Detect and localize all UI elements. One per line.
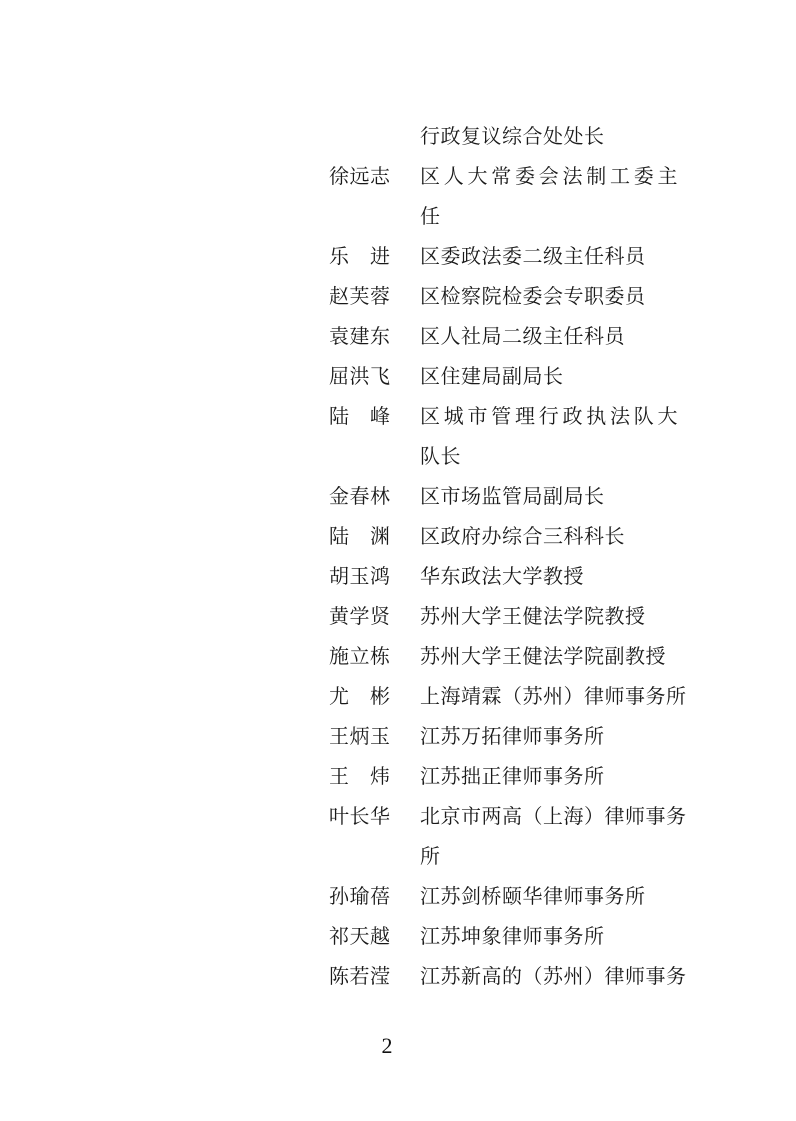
entry-title-line: 江苏万拓律师事务所 xyxy=(420,717,678,757)
page-number: 2 xyxy=(0,1033,774,1059)
entry-name: 屈洪飞 xyxy=(329,357,420,397)
list-entry: 施立栋苏州大学王健法学院副教授 xyxy=(329,637,689,677)
entry-title: 苏州大学王健法学院教授 xyxy=(420,597,678,637)
entry-title: 江苏坤象律师事务所 xyxy=(420,917,678,957)
entry-title-line: 江苏坤象律师事务所 xyxy=(420,917,678,957)
entry-title-line: 苏州大学王健法学院教授 xyxy=(420,597,678,637)
entry-name: 孙瑜蓓 xyxy=(329,877,420,917)
list-entry: 行政复议综合处处长 xyxy=(329,117,689,157)
entry-title-line: 区检察院检委会专职委员 xyxy=(420,277,678,317)
entry-name: 赵芙蓉 xyxy=(329,277,420,317)
entry-title-line: 北京市两高（上海）律师事务 xyxy=(420,797,678,837)
entry-title-line: 区人大常委会法制工委主 xyxy=(420,157,678,197)
entry-title: 区人大常委会法制工委主任 xyxy=(420,157,678,237)
entry-name: 尤 彬 xyxy=(329,677,420,717)
list-entry: 黄学贤苏州大学王健法学院教授 xyxy=(329,597,689,637)
entry-name: 陆 峰 xyxy=(329,397,420,437)
entry-title: 江苏新高的（苏州）律师事务 xyxy=(420,957,678,997)
entry-name: 施立栋 xyxy=(329,637,420,677)
entry-name: 乐 进 xyxy=(329,237,420,277)
entry-title-line: 区委政法委二级主任科员 xyxy=(420,237,678,277)
entry-name: 祁天越 xyxy=(329,917,420,957)
entry-title-line: 江苏新高的（苏州）律师事务 xyxy=(420,957,678,997)
entry-title-line: 上海靖霖（苏州）律师事务所 xyxy=(420,677,678,717)
member-list: 行政复议综合处处长徐远志区人大常委会法制工委主任乐 进区委政法委二级主任科员赵芙… xyxy=(329,117,689,997)
entry-title-line: 华东政法大学教授 xyxy=(420,557,678,597)
entry-title-line: 行政复议综合处处长 xyxy=(420,117,678,157)
entry-title: 华东政法大学教授 xyxy=(420,557,678,597)
entry-title: 江苏拙正律师事务所 xyxy=(420,757,678,797)
entry-title-line: 江苏拙正律师事务所 xyxy=(420,757,678,797)
entry-title: 行政复议综合处处长 xyxy=(420,117,678,157)
entry-name: 黄学贤 xyxy=(329,597,420,637)
entry-name: 金春林 xyxy=(329,477,420,517)
entry-title: 江苏万拓律师事务所 xyxy=(420,717,678,757)
entry-name: 徐远志 xyxy=(329,157,420,197)
list-entry: 陈若滢江苏新高的（苏州）律师事务 xyxy=(329,957,689,997)
list-entry: 陆 峰区城市管理行政执法队大队长 xyxy=(329,397,689,477)
entry-name: 胡玉鸿 xyxy=(329,557,420,597)
entry-title: 区城市管理行政执法队大队长 xyxy=(420,397,678,477)
entry-name: 王炳玉 xyxy=(329,717,420,757)
entry-title-line: 区城市管理行政执法队大 xyxy=(420,397,678,437)
entry-name: 王 炜 xyxy=(329,757,420,797)
entry-title-line: 江苏剑桥颐华律师事务所 xyxy=(420,877,678,917)
entry-title-line: 任 xyxy=(420,197,678,237)
list-entry: 屈洪飞区住建局副局长 xyxy=(329,357,689,397)
entry-title-line: 所 xyxy=(420,837,678,877)
entry-title: 区人社局二级主任科员 xyxy=(420,317,678,357)
list-entry: 孙瑜蓓江苏剑桥颐华律师事务所 xyxy=(329,877,689,917)
list-entry: 王炳玉江苏万拓律师事务所 xyxy=(329,717,689,757)
list-entry: 叶长华北京市两高（上海）律师事务所 xyxy=(329,797,689,877)
list-entry: 徐远志区人大常委会法制工委主任 xyxy=(329,157,689,237)
entry-name: 陆 渊 xyxy=(329,517,420,557)
entry-title-line: 区市场监管局副局长 xyxy=(420,477,678,517)
list-entry: 王 炜江苏拙正律师事务所 xyxy=(329,757,689,797)
entry-title-line: 苏州大学王健法学院副教授 xyxy=(420,637,678,677)
entry-title: 苏州大学王健法学院副教授 xyxy=(420,637,678,677)
list-entry: 金春林区市场监管局副局长 xyxy=(329,477,689,517)
list-entry: 赵芙蓉区检察院检委会专职委员 xyxy=(329,277,689,317)
entry-title-line: 区住建局副局长 xyxy=(420,357,678,397)
list-entry: 袁建东区人社局二级主任科员 xyxy=(329,317,689,357)
entry-title: 上海靖霖（苏州）律师事务所 xyxy=(420,677,678,717)
entry-title: 北京市两高（上海）律师事务所 xyxy=(420,797,678,877)
entry-name: 袁建东 xyxy=(329,317,420,357)
entry-title-line: 区政府办综合三科科长 xyxy=(420,517,678,557)
entry-title-line: 队长 xyxy=(420,437,678,477)
entry-title-line: 区人社局二级主任科员 xyxy=(420,317,678,357)
entry-title: 区政府办综合三科科长 xyxy=(420,517,678,557)
entry-title: 区委政法委二级主任科员 xyxy=(420,237,678,277)
entry-name: 叶长华 xyxy=(329,797,420,837)
entry-title: 区检察院检委会专职委员 xyxy=(420,277,678,317)
list-entry: 祁天越江苏坤象律师事务所 xyxy=(329,917,689,957)
entry-title: 区住建局副局长 xyxy=(420,357,678,397)
list-entry: 尤 彬上海靖霖（苏州）律师事务所 xyxy=(329,677,689,717)
list-entry: 乐 进区委政法委二级主任科员 xyxy=(329,237,689,277)
list-entry: 胡玉鸿华东政法大学教授 xyxy=(329,557,689,597)
document-page: 行政复议综合处处长徐远志区人大常委会法制工委主任乐 进区委政法委二级主任科员赵芙… xyxy=(0,0,796,1121)
entry-name: 陈若滢 xyxy=(329,957,420,997)
entry-title: 区市场监管局副局长 xyxy=(420,477,678,517)
list-entry: 陆 渊区政府办综合三科科长 xyxy=(329,517,689,557)
entry-title: 江苏剑桥颐华律师事务所 xyxy=(420,877,678,917)
